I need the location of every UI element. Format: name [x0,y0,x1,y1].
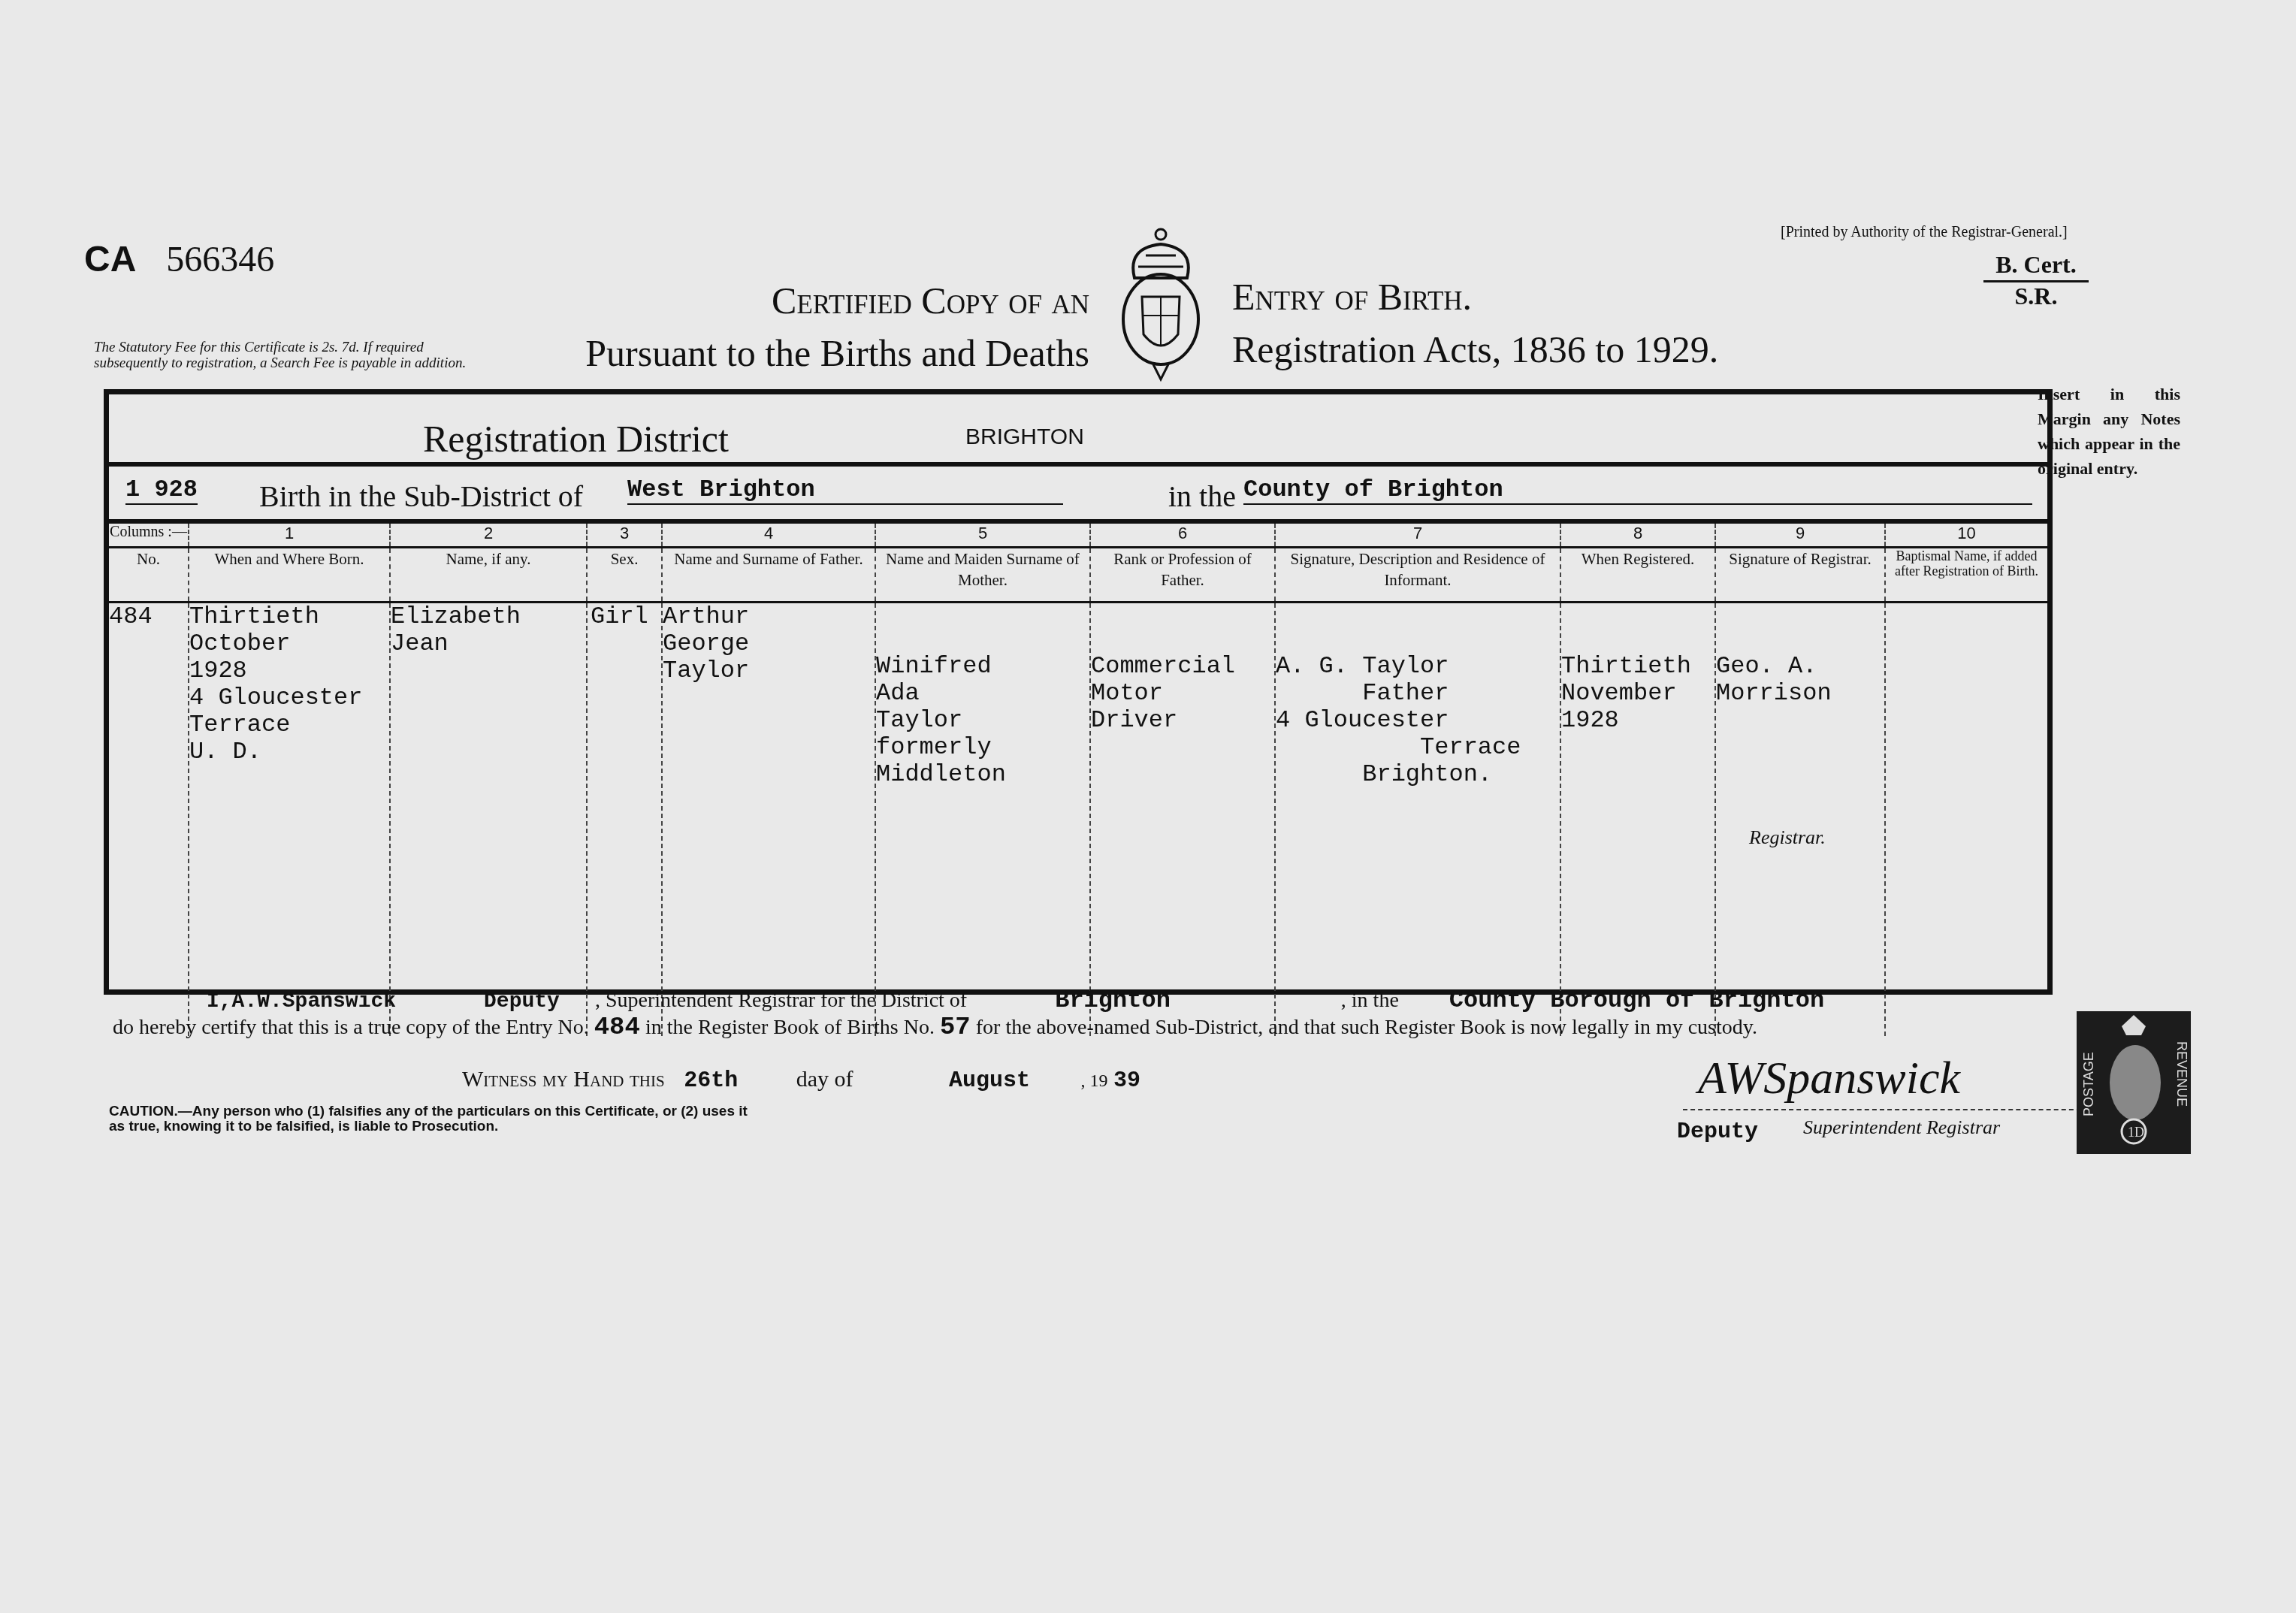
margin-note: Insert in this Margin any Notes which ap… [2038,382,2180,481]
cert-text-2: , in the [1341,989,1399,1012]
entry-informant: A. G. Taylor Father 4 Gloucester Terrace… [1275,603,1560,1037]
entry-no: 484 [109,603,189,1037]
form-code: B. Cert. S.R. [1983,251,2089,310]
header-father: Name and Surname of Father. [662,548,875,603]
column-number: 1 [189,524,390,548]
column-number: 7 [1275,524,1560,548]
cert-text-5: for the above-named Sub-District, and th… [976,1016,1757,1039]
certifying-registrar-name: I,A.W.Spanswick [207,990,396,1013]
entry-mother: Winifred Ada Taylor formerly Middleton [875,603,1090,1037]
header-name: Name, if any. [390,548,587,603]
fee-note: The Statutory Fee for this Certificate i… [94,340,470,371]
cert-county: County Borough of Brighton [1449,986,1824,1014]
table-row: 484 Thirtieth October 1928 4 Gloucester … [109,603,2047,1037]
header-when-registered: When Registered. [1560,548,1715,603]
certifying-registrar-role: Deputy [484,990,560,1013]
column-number: 9 [1715,524,1885,548]
cert-text-4: in the Register Book of Births No. [645,1016,935,1039]
registration-district-row: Registration District BRIGHTON [109,394,2047,467]
header-sex: Sex. [587,548,662,603]
title-line1-right: Entry of Birth. [1232,270,1908,323]
serial-number: 566346 [166,240,274,279]
sub-district-label: Birth in the Sub-District of [259,479,583,514]
sub-district-row: 1 928 Birth in the Sub-District of West … [109,467,2047,524]
registration-district-value: BRIGHTON [965,424,1084,450]
header-when-where-born: When and Where Born. [189,548,390,603]
header-father-profession: Rank or Profession of Father. [1090,548,1275,603]
royal-crest-icon [1112,225,1210,383]
form-code-top: B. Cert. [1983,251,2089,282]
sub-district-value: West Brighton [627,476,1063,505]
column-number-row: Columns :— 1 2 3 4 5 6 7 8 9 10 [109,524,2047,548]
register-table: Columns :— 1 2 3 4 5 6 7 8 9 10 No. When… [109,524,2047,1036]
day-of-label: day of [796,1067,853,1092]
header-registrar-signature: Signature of Registrar. [1715,548,1885,603]
entry-when-where-born: Thirtieth October 1928 4 Gloucester Terr… [189,603,390,1037]
registration-district-label: Registration District [423,417,729,461]
title-line2-left: Pursuant to the Births and Deaths [511,327,1089,379]
cert-text-3: do hereby certify that this is a true co… [113,1016,589,1039]
serial-prefix: CA [84,240,136,279]
certificate-serial: CA566346 [84,239,274,280]
entry-when-registered: Thirtieth November 1928 [1560,603,1715,1037]
cert-district: Brighton [1055,986,1171,1014]
cert-entry-no: 484 [594,1013,640,1042]
svg-text:REVENUE: REVENUE [2174,1041,2189,1107]
certification-text: I,A.W.Spanswick Deputy , Superintendent … [113,988,2036,1041]
column-number: 3 [587,524,662,548]
cert-book-no: 57 [940,1013,971,1042]
entry-father-profession: Commercial Motor Driver [1090,603,1275,1037]
column-number: 10 [1885,524,2047,548]
column-number: 6 [1090,524,1275,548]
in-the-label: in the [1168,479,1236,514]
header-baptismal-name: Baptismal Name, if added after Registrat… [1885,548,2047,603]
column-number: 2 [390,524,587,548]
column-number: 4 [662,524,875,548]
form-code-bottom: S.R. [1983,282,2089,310]
columns-label: Columns :— [109,524,189,548]
cert-text-1: , Superintendent Registrar for the Distr… [595,989,967,1012]
title-line2-right: Registration Acts, 1836 to 1929. [1232,323,1908,376]
title-line1-left: Certified Copy of an [511,274,1089,327]
entry-registrar-signature: Geo. A. Morrison [1715,603,1885,1037]
header-informant: Signature, Description and Residence of … [1275,548,1560,603]
witness-day: 26th [684,1068,738,1094]
entry-baptismal-name [1885,603,2047,1037]
postage-stamp-icon: 1D POSTAGE REVENUE [2077,1011,2191,1154]
caution-note: CAUTION.—Any person who (1) falsifies an… [109,1104,755,1134]
registrar-label: Registrar. [1749,826,1826,849]
witness-month: August [949,1068,1030,1094]
title-left: Certified Copy of an Pursuant to the Bir… [511,274,1089,379]
signature-title: Superintendent Registrar [1803,1116,2000,1139]
registration-year: 1 928 [125,476,198,505]
entry-father: Arthur George Taylor [662,603,875,1037]
registrar-signature: AWSpanswick [1698,1052,1960,1105]
entry-sex: Girl [587,603,662,1037]
signature-role: Deputy [1677,1119,1758,1145]
entry-name: Elizabeth Jean [390,603,587,1037]
title-right: Entry of Birth. Registration Acts, 1836 … [1232,270,1908,376]
svg-text:POSTAGE: POSTAGE [2081,1052,2096,1116]
witness-label: Witness my Hand this [462,1067,665,1092]
header-mother: Name and Maiden Surname of Mother. [875,548,1090,603]
register-entry-frame: Registration District BRIGHTON 1 928 Bir… [104,389,2053,995]
column-number: 8 [1560,524,1715,548]
year-suffix: 39 [1113,1068,1140,1094]
printed-by: [Printed by Authority of the Registrar-G… [1781,224,2068,241]
witness-line: Witness my Hand this 26th day of August … [462,1067,1140,1094]
column-header-row: No. When and Where Born. Name, if any. S… [109,548,2047,603]
county-value: County of Brighton [1243,476,2032,505]
year-prefix: , 19 [1081,1071,1108,1091]
column-number: 5 [875,524,1090,548]
header-no: No. [109,548,189,603]
svg-text:1D: 1D [2128,1125,2144,1140]
signature-line [1683,1109,2089,1110]
